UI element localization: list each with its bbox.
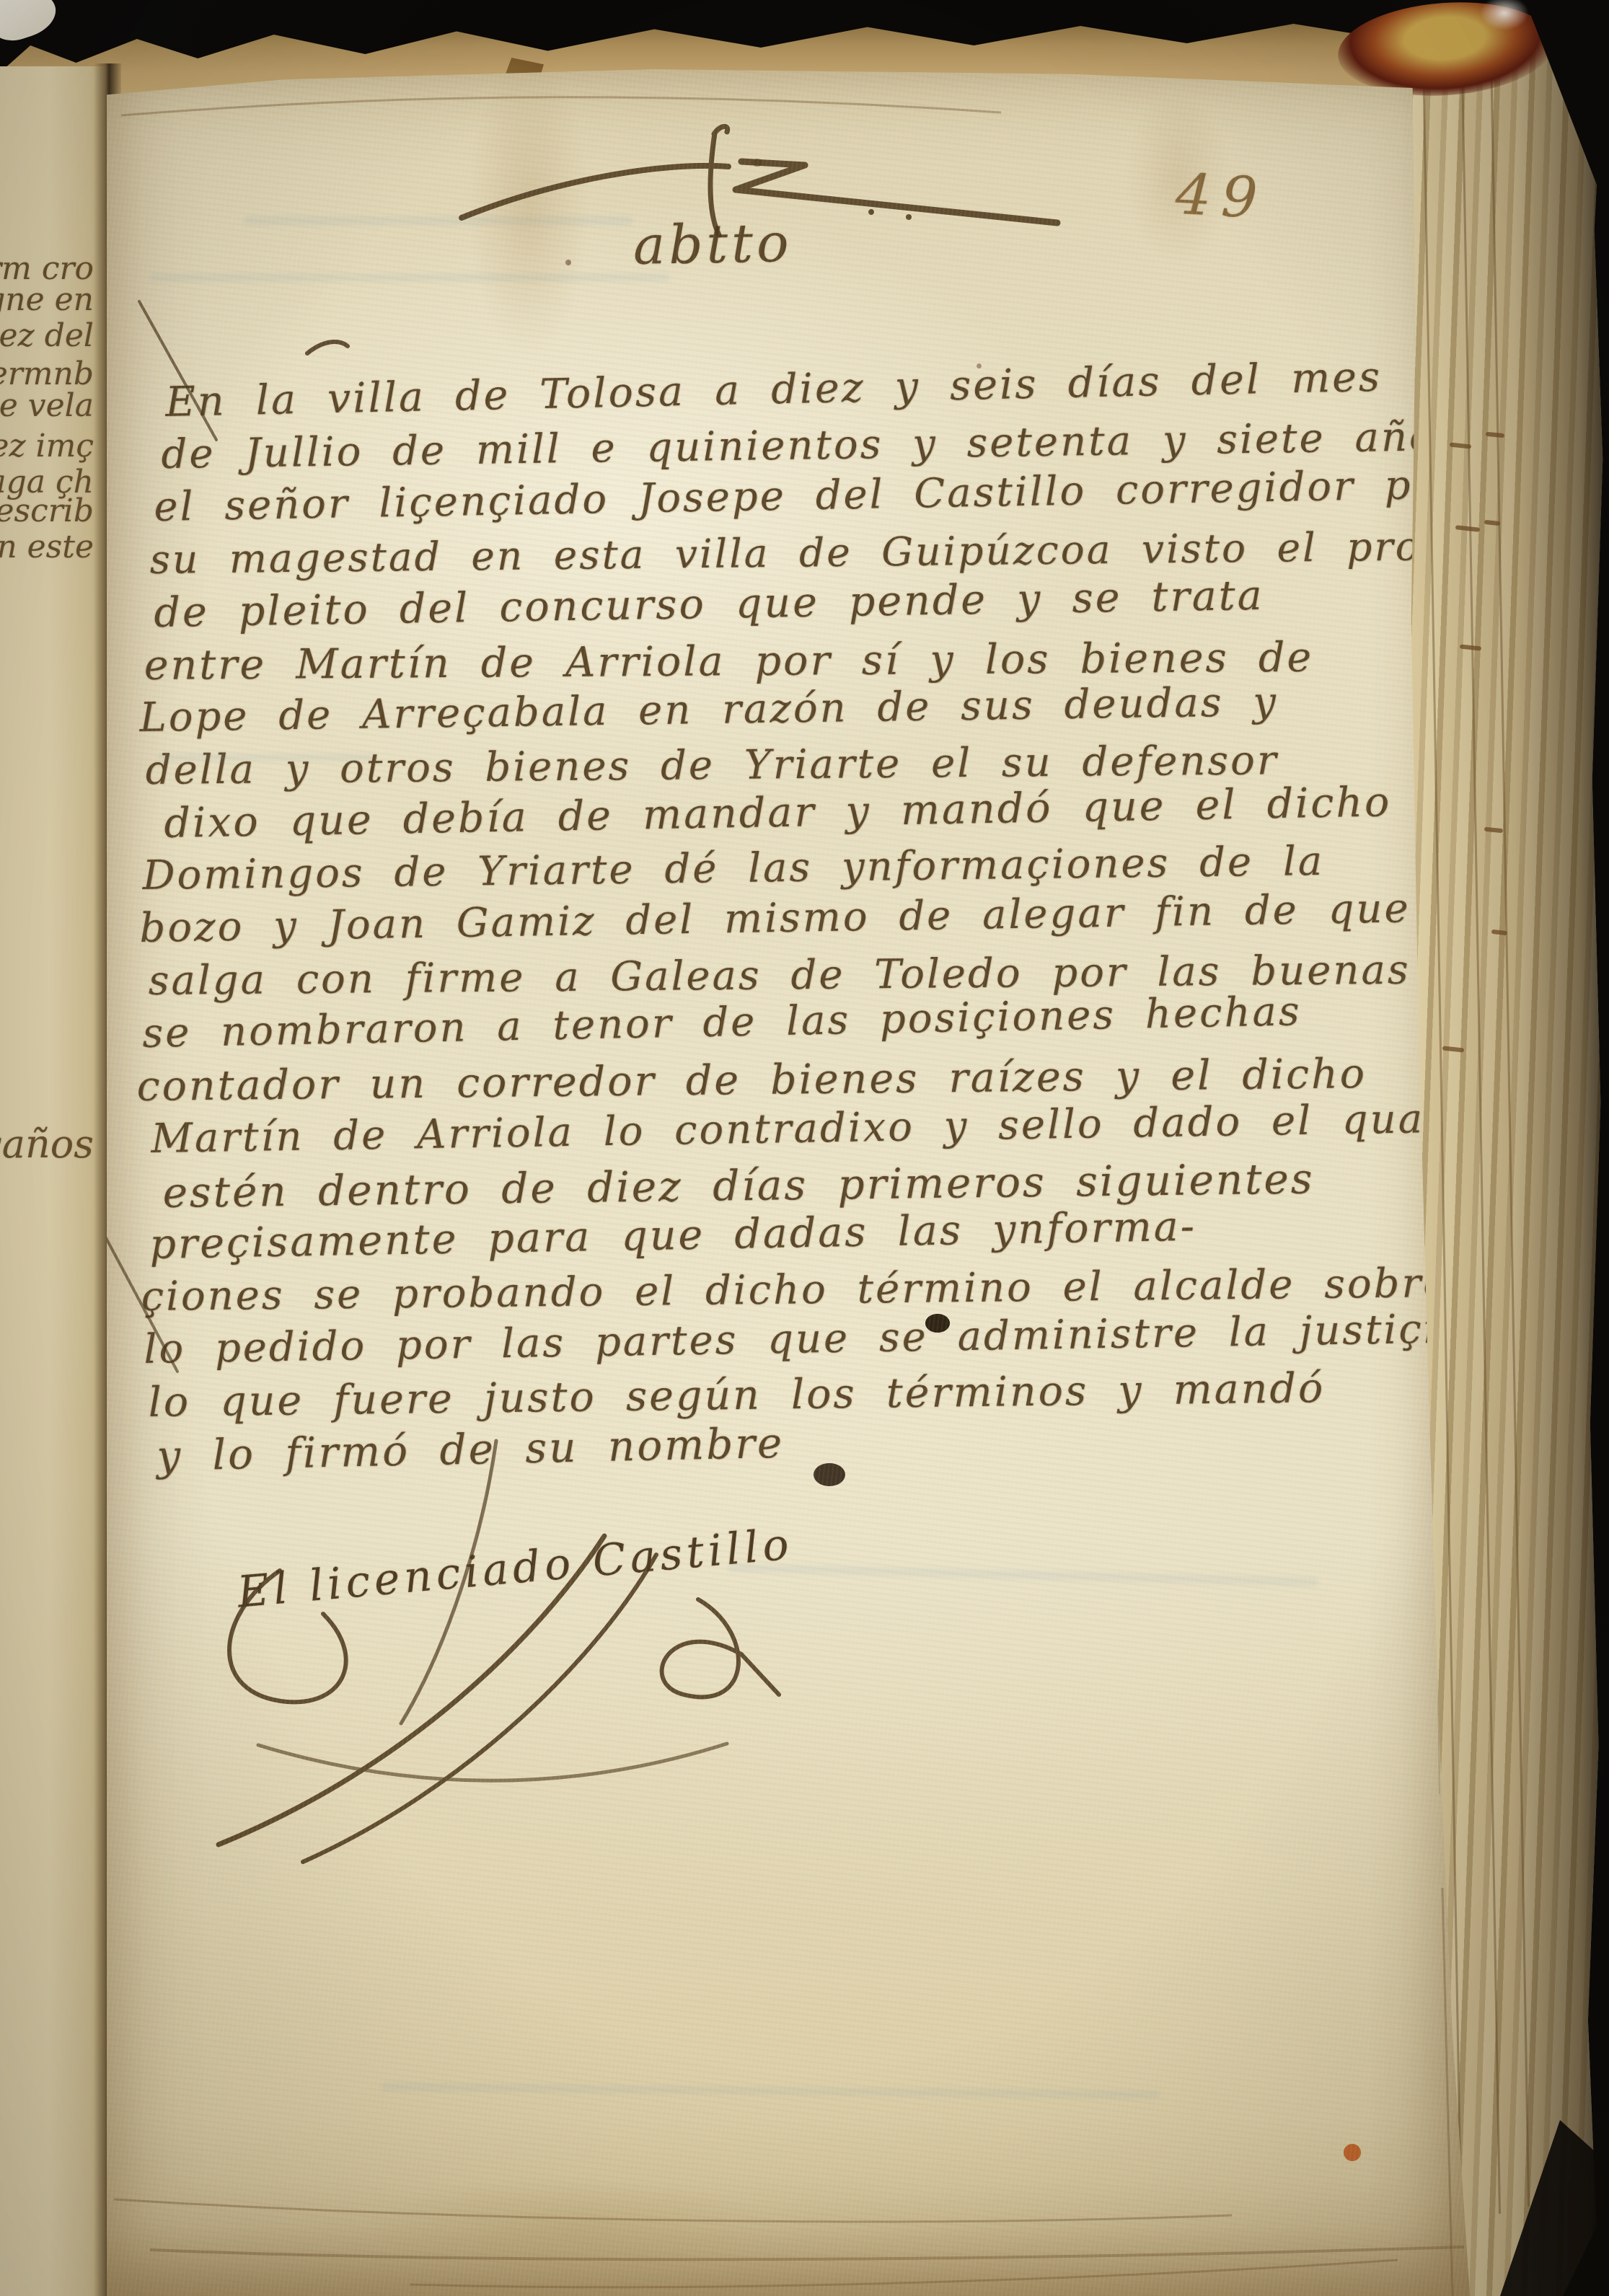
manuscript-page: 49 abtto En la villa de Tolosa a diez y …: [107, 63, 1471, 2296]
manuscript-line: En la villa de Tolosa a diez y seis días…: [165, 353, 1383, 426]
blue-streak: [727, 1563, 1318, 1586]
red-wax-dot: [1344, 2144, 1361, 2161]
ink-bleed-dash: [1455, 525, 1480, 532]
blue-streak: [381, 2083, 1160, 2098]
ink-blot: [814, 1463, 845, 1486]
stain: [565, 260, 571, 265]
manuscript-line: y lo firmó de su nombre: [157, 1418, 785, 1480]
facing-page-fragment: de vela: [0, 387, 94, 424]
crease-line: [150, 2247, 1464, 2259]
facing-page-fragment: En este: [0, 529, 94, 565]
blue-streak: [157, 754, 374, 761]
crease-line: [410, 2260, 1398, 2287]
folio-number: 49: [1174, 162, 1269, 232]
blue-streak: [244, 216, 633, 225]
facing-page-fragment: rez imç: [0, 428, 94, 464]
stain: [467, 49, 590, 359]
edge-crease-line: [1461, 65, 1501, 2214]
edge-crease-line: [1490, 43, 1530, 2207]
crease-line: [121, 97, 1001, 115]
facing-page-fragment: gne en: [0, 281, 94, 318]
signature-name: El licenciado Castillo: [235, 1519, 795, 1617]
signature-flourish: [662, 1599, 779, 1697]
manuscript-line: su magestad en esta villa de Guipúzcoa v…: [149, 522, 1520, 583]
ink-bleed-dash: [1486, 432, 1504, 438]
facing-page-fragment: çaños: [0, 1121, 94, 1167]
ink-bleed-dash: [1484, 520, 1501, 526]
facing-page-fragment: be escrib: [0, 493, 94, 529]
rubric-flourish: [462, 166, 728, 218]
manuscript-line: lo que fuere justo según los términos y …: [148, 1364, 1325, 1426]
dust-fluff: [1480, 0, 1529, 30]
ink-bleed-dash: [1442, 1046, 1464, 1052]
ink-bleed-dash: [1491, 930, 1508, 935]
ink-bleed-dash: [1484, 827, 1503, 834]
ink-bleed-dash: [1460, 644, 1481, 650]
paper-fragment-top-left: [0, 0, 61, 47]
facing-page-fragment: hez del: [0, 317, 94, 354]
stain: [752, 159, 762, 167]
heading-auto: abtto: [632, 212, 793, 277]
archival-photo-of-manuscript-book: { "page": { "folio_number": "49", "headi…: [0, 0, 1609, 2296]
stain: [366, 2176, 770, 2277]
ink-accent: [307, 342, 348, 353]
manuscript-line: de pleito del concurso que pende y se tr…: [154, 572, 1264, 637]
signature-flourish: [258, 1744, 727, 1780]
crease-line: [114, 2199, 1232, 2222]
blue-streak: [150, 274, 669, 281]
